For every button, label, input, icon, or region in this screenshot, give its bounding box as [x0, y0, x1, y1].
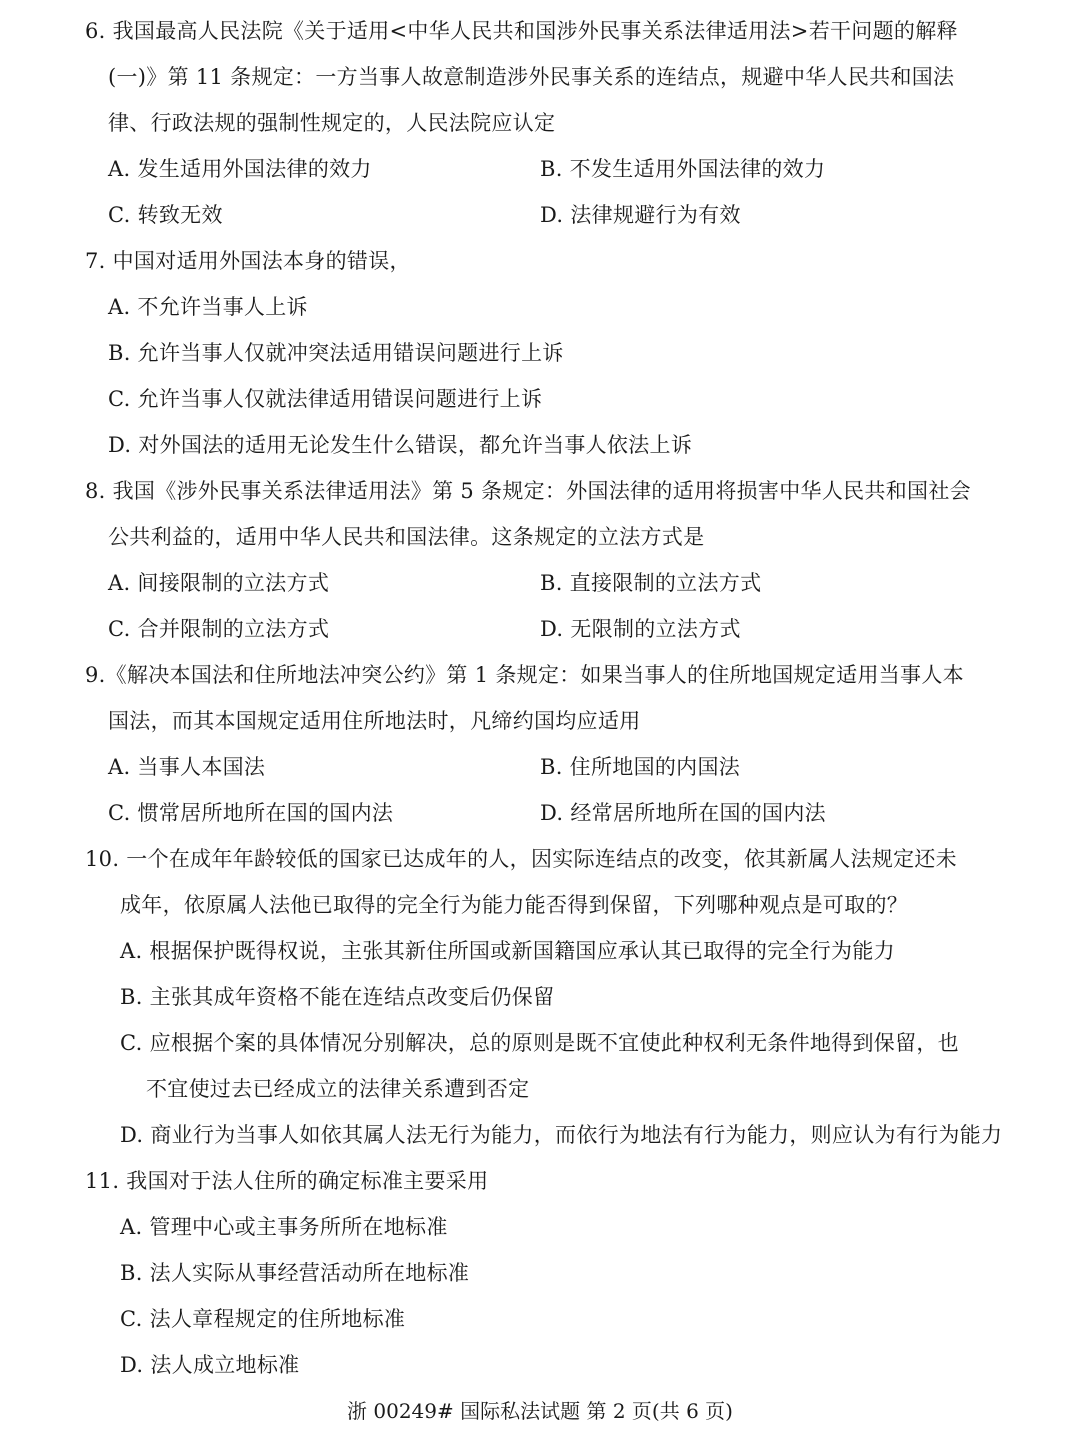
question-7-option-c: C. 允许当事人仅就法律适用错误问题进行上诉	[108, 384, 542, 414]
question-9-stem-line-1: 9.《解决本国法和住所地法冲突公约》第 1 条规定：如果当事人的住所地国规定适用…	[85, 660, 964, 690]
question-10-option-b: B. 主张其成年资格不能在连结点改变后仍保留	[120, 982, 554, 1012]
question-8-stem-line-1: 8. 我国《涉外民事关系法律适用法》第 5 条规定：外国法律的适用将损害中华人民…	[85, 476, 971, 506]
question-7-option-a: A. 不允许当事人上诉	[108, 292, 308, 322]
question-9-option-b: B. 住所地国的内国法	[540, 752, 740, 782]
question-8-option-d: D. 无限制的立法方式	[540, 614, 741, 644]
question-10-option-d: D. 商业行为当事人如依其属人法无行为能力，而依行为地法有行为能力，则应认为有行…	[120, 1120, 1002, 1150]
question-8-option-b: B. 直接限制的立法方式	[540, 568, 761, 598]
question-11-option-d: D. 法人成立地标准	[120, 1350, 299, 1380]
question-7-stem-line-1: 7. 中国对适用外国法本身的错误，	[85, 246, 411, 276]
question-6-option-b: B. 不发生适用外国法律的效力	[540, 154, 825, 184]
question-11-option-c: C. 法人章程规定的住所地标准	[120, 1304, 405, 1334]
question-10-option-c-line-1: C. 应根据个案的具体情况分别解决，总的原则是既不宜使此种权利无条件地得到保留，…	[120, 1028, 959, 1058]
question-11-option-b: B. 法人实际从事经营活动所在地标准	[120, 1258, 469, 1288]
question-10-option-a: A. 根据保护既得权说，主张其新住所国或新国籍国应承认其已取得的完全行为能力	[120, 936, 895, 966]
question-7-option-d: D. 对外国法的适用无论发生什么错误，都允许当事人依法上诉	[108, 430, 692, 460]
question-9-stem-line-2: 国法，而其本国规定适用住所地法时，凡缔约国均应适用	[108, 706, 641, 736]
question-9-option-c: C. 惯常居所地所在国的国内法	[108, 798, 393, 828]
question-10-option-c-line-2: 不宜使过去已经成立的法律关系遭到否定	[146, 1074, 529, 1104]
question-6-stem-line-3: 律、行政法规的强制性规定的，人民法院应认定	[108, 108, 555, 138]
question-10-stem-line-2: 成年，依原属人法他已取得的完全行为能力能否得到保留，下列哪种观点是可取的？	[120, 890, 908, 920]
question-9-option-a: A. 当事人本国法	[108, 752, 265, 782]
question-10-stem-line-1: 10. 一个在成年年龄较低的国家已达成年的人，因实际连结点的改变，依其新属人法规…	[85, 844, 957, 874]
page-footer: 浙 00249# 国际私法试题 第 2 页(共 6 页)	[0, 1396, 1080, 1426]
question-8-stem-line-2: 公共利益的，适用中华人民共和国法律。这条规定的立法方式是	[108, 522, 704, 552]
question-6-option-c: C. 转致无效	[108, 200, 223, 230]
question-11-stem-line-1: 11. 我国对于法人住所的确定标准主要采用	[85, 1166, 488, 1196]
question-8-option-a: A. 间接限制的立法方式	[108, 568, 329, 598]
question-11-option-a: A. 管理中心或主事务所所在地标准	[120, 1212, 448, 1242]
question-6-stem-line-1: 6. 我国最高人民法院《关于适用<中华人民共和国涉外民事关系法律适用法>若干问题…	[85, 16, 958, 46]
question-6-option-a: A. 发生适用外国法律的效力	[108, 154, 372, 184]
question-9-option-d: D. 经常居所地所在国的国内法	[540, 798, 826, 828]
question-6-stem-line-2: (一)》第 11 条规定：一方当事人故意制造涉外民事关系的连结点，规避中华人民共…	[108, 62, 954, 92]
question-7-option-b: B. 允许当事人仅就冲突法适用错误问题进行上诉	[108, 338, 564, 368]
question-8-option-c: C. 合并限制的立法方式	[108, 614, 329, 644]
question-6-option-d: D. 法律规避行为有效	[540, 200, 741, 230]
